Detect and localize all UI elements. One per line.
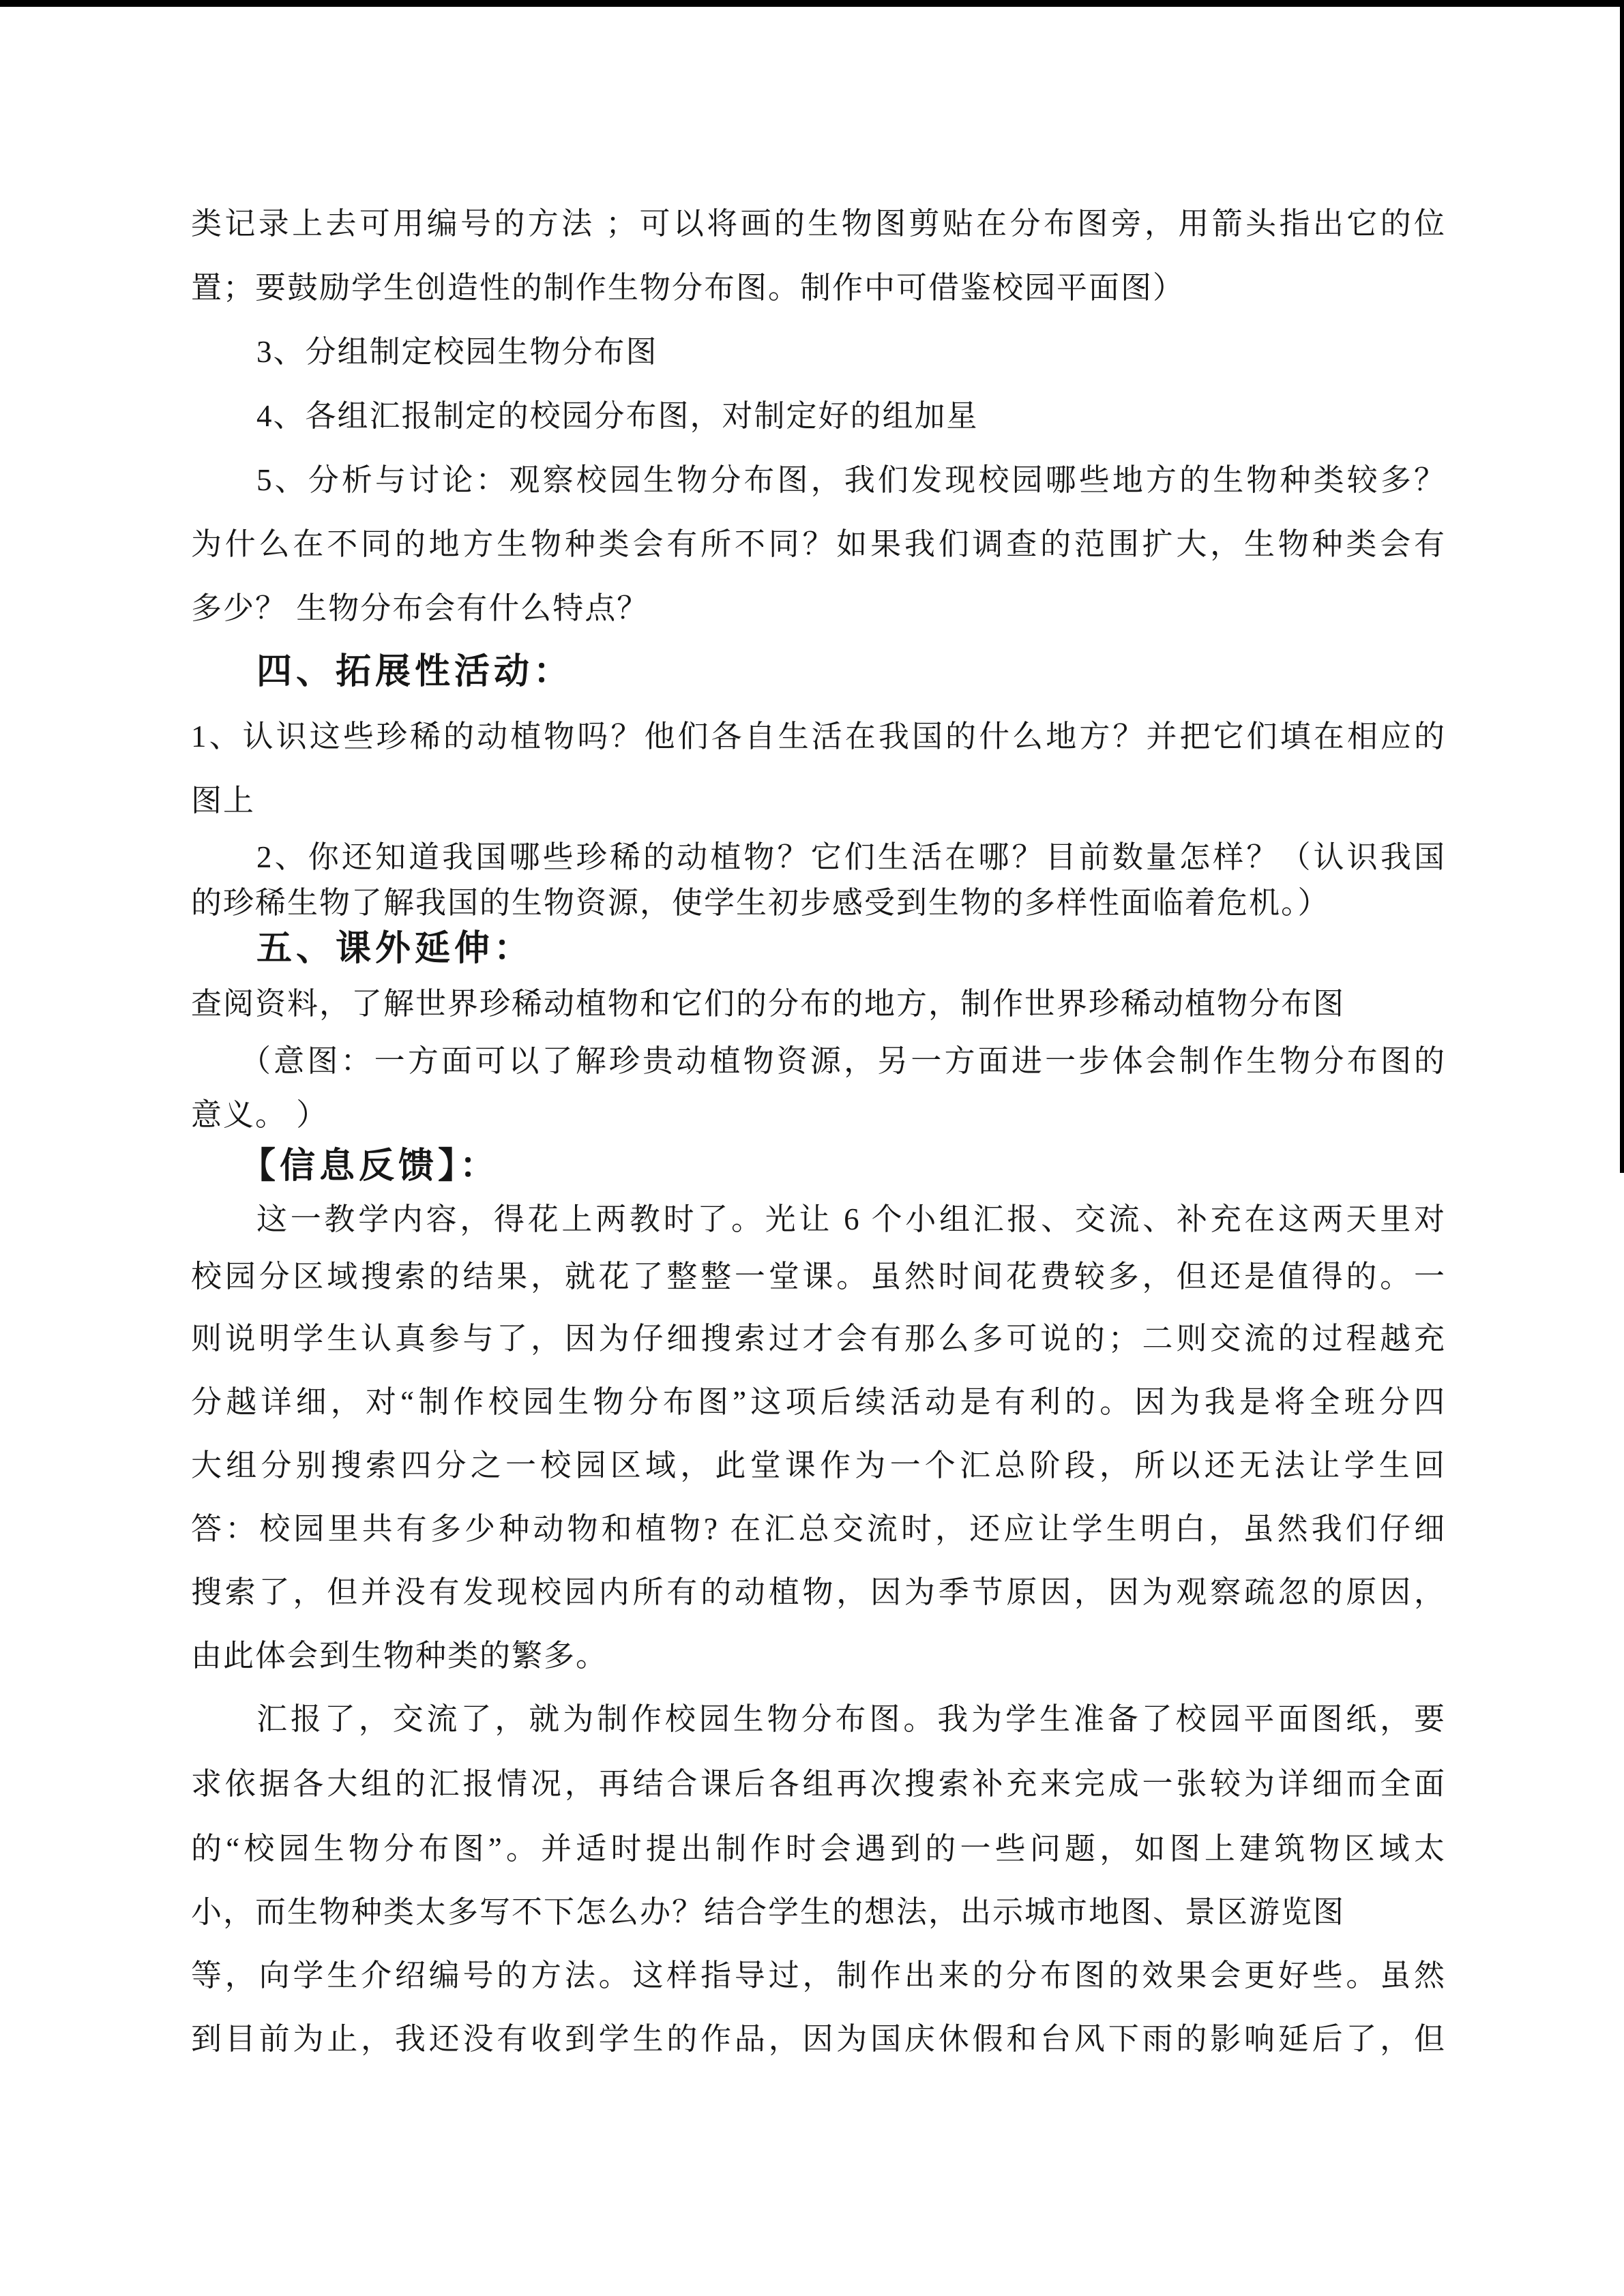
text-line: 3、分组制定校园生物分布图: [191, 320, 1446, 384]
text-line: 校园分区域搜索的结果，就花了整整一堂课。虽然时间花费较多，但还是值得的。一: [191, 1246, 1446, 1307]
text-line: 为什么在不同的地方生物种类会有所不同？如果我们调查的范围扩大，生物种类会有: [191, 512, 1446, 576]
text-line: 小，而生物种类太多写不下怎么办？结合学生的想法，出示城市地图、景区游览图: [191, 1881, 1446, 1944]
text-line: 类记录上去可用编号的方法 ；可以将画的生物图剪贴在分布图旁，用箭头指出它的位: [191, 192, 1446, 256]
text-line: 分越详细，对“制作校园生物分布图”这项后续活动是有利的。因为我是将全班分四: [191, 1371, 1446, 1434]
text-line: 的“校园生物分布图”。并适时提出制作时会遇到的一些问题，如图上建筑物区域太: [191, 1817, 1446, 1881]
text-line: 由此体会到生物种类的繁多。: [191, 1624, 1446, 1688]
text-line: 4、各组汇报制定的校园分布图，对制定好的组加星: [191, 384, 1446, 448]
text-line: 等，向学生介绍编号的方法。这样指导过，制作出来的分布图的效果会更好些。虽然: [191, 1944, 1446, 2008]
text-line: 5、分析与讨论：观察校园生物分布图，我们发现校园哪些地方的生物种类较多？: [191, 448, 1446, 512]
scan-border-right: [1620, 0, 1624, 1173]
document-text: 类记录上去可用编号的方法 ；可以将画的生物图剪贴在分布图旁，用箭头指出它的位置；…: [191, 192, 1446, 2071]
text-line: 2、你还知道我国哪些珍稀的动植物？它们生活在哪？目前数量怎样？（认识我国: [191, 833, 1446, 882]
text-line: 搜索了，但并没有发现校园内所有的动植物，因为季节原因，因为观察疏忽的原因，: [191, 1561, 1446, 1624]
text-line: 到目前为止，我还没有收到学生的作品，因为国庆休假和台风下雨的影响延后了，但: [191, 2008, 1446, 2071]
text-line: （意图：一方面可以了解珍贵动植物资源，另一方面进一步体会制作生物分布图的: [191, 1033, 1446, 1089]
scan-border-top: [0, 0, 1624, 7]
text-line: 置；要鼓励学生创造性的制作生物分布图。制作中可借鉴校园平面图）: [191, 256, 1446, 320]
text-line: 多少？ 生物分布会有什么特点？: [191, 576, 1446, 640]
text-line: 意义。 ）: [191, 1089, 1446, 1141]
text-line: 答：校园里共有多少种动物和植物? 在汇总交流时，还应让学生明白，虽然我们仔细: [191, 1497, 1446, 1561]
text-line: 汇报了，交流了，就为制作校园生物分布图。我为学生准备了校园平面图纸，要: [191, 1688, 1446, 1751]
text-line: 这一教学内容，得花上两教时了。光让 6 个小组汇报、交流、补充在这两天里对: [191, 1193, 1446, 1246]
section-heading-line: 【信息反馈】：: [191, 1141, 1446, 1193]
text-line: 大组分别搜索四分之一校园区域，此堂课作为一个汇总阶段，所以还无法让学生回: [191, 1434, 1446, 1497]
scanned-document-page: { "page": { "background": "#ffffff", "te…: [0, 0, 1624, 2296]
text-line: 求依据各大组的汇报情况，再结合课后各组再次搜索补充来完成一张较为详细而全面: [191, 1751, 1446, 1817]
text-line: 则说明学生认真参与了，因为仔细搜索过才会有那么多可说的；二则交流的过程越充: [191, 1307, 1446, 1371]
section-heading-line: 四、拓展性活动：: [191, 640, 1446, 704]
text-line: 的珍稀生物了解我国的生物资源，使学生初步感受到生物的多样性面临着危机。）: [191, 882, 1446, 924]
text-line: 查阅资料，了解世界珍稀动植物和它们的分布的地方，制作世界珍稀动植物分布图: [191, 974, 1446, 1033]
section-heading-line: 五、课外延伸：: [191, 924, 1446, 974]
text-line: 1、认识这些珍稀的动植物吗？他们各自生活在我国的什么地方？并把它们填在相应的: [191, 704, 1446, 769]
text-line: 图上: [191, 769, 1446, 833]
